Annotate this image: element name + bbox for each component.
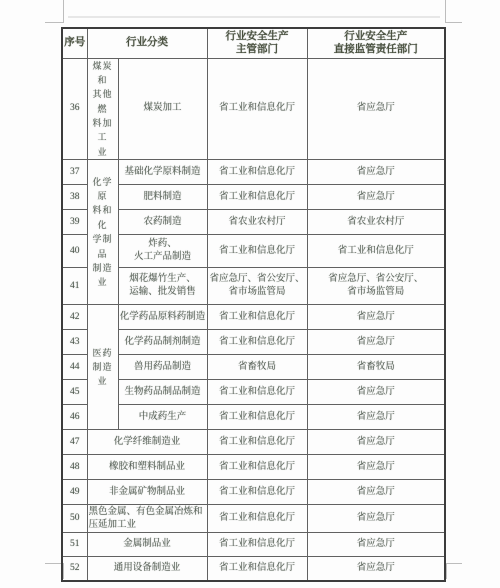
category-cell: 医药 制造业 [87,305,118,430]
industry-cell: 非金属矿物制品业 [87,480,207,505]
regulator-cell: 省应急厅、省公安厅、 省市场监管局 [307,268,445,305]
industry-cell: 兽用药品制造 [118,355,207,380]
dept-cell: 省工业和信息化厅 [207,380,307,405]
dept-cell: 省工业和信息化厅 [207,455,307,480]
table-row: 47 化学纤维制造业 省工业和信息化厅 省应急厅 [62,430,445,455]
dept-cell: 省工业和信息化厅 [207,480,307,505]
regulator-cell: 省应急厅 [307,160,445,185]
dept-cell: 省畜牧局 [207,355,307,380]
serial-cell: 44 [62,355,87,380]
serial-cell: 49 [62,480,87,505]
serial-cell: 48 [62,455,87,480]
serial-cell: 52 [62,557,87,581]
serial-cell: 37 [62,160,87,185]
crop-mark-top-right [445,0,462,23]
regulator-cell: 省应急厅 [307,58,445,160]
table-row: 42 医药 制造业 化学药品原料药制造 省工业和信息化厅 省应急厅 [62,305,445,330]
dept-cell: 省工业和信息化厅 [207,557,307,581]
table-row: 44 兽用药品制造 省畜牧局 省畜牧局 [62,355,445,380]
serial-cell: 51 [62,533,87,557]
serial-cell: 46 [62,405,87,430]
serial-cell: 50 [62,505,87,533]
regulator-cell: 省应急厅 [307,480,445,505]
dept-cell: 省工业和信息化厅 [207,235,307,268]
dept-cell: 省工业和信息化厅 [207,160,307,185]
regulator-cell: 省农业农村厅 [307,210,445,235]
table-row: 45 生物药品制品制造 省工业和信息化厅 省应急厅 [62,380,445,405]
table-row: 43 化学药品制剂制造 省工业和信息化厅 省应急厅 [62,330,445,355]
dept-cell: 省工业和信息化厅 [207,330,307,355]
crop-mark-bottom-right [446,563,462,579]
table-row: 48 橡胶和塑料制品业 省工业和信息化厅 省应急厅 [62,455,445,480]
document-page: 序号 行业分类 行业安全生产 主管部门 行业安全生产 直接监管责任部门 36 煤… [0,0,500,588]
table-row: 37 化学原 料和化 学制品 制造业 基础化学原料制造 省工业和信息化厅 省应急… [62,160,445,185]
dept-cell: 省工业和信息化厅 [207,58,307,160]
industry-cell: 肥料制造 [118,185,207,210]
category-cell: 化学原 料和化 学制品 制造业 [87,160,118,305]
regulator-cell: 省应急厅 [307,430,445,455]
industry-supervision-table: 序号 行业分类 行业安全生产 主管部门 行业安全生产 直接监管责任部门 36 煤… [61,27,446,582]
table-row: 38 肥料制造 省工业和信息化厅 省应急厅 [62,185,445,210]
dept-cell: 省应急厅、省公安厅、 省市场监管局 [207,268,307,305]
industry-cell: 金属制品业 [87,533,207,557]
serial-cell: 42 [62,305,87,330]
serial-cell: 41 [62,268,87,305]
header-industry-category: 行业分类 [87,28,207,58]
table-row: 40 炸药、 火工产品制造 省工业和信息化厅 省工业和信息化厅 [62,235,445,268]
regulator-cell: 省应急厅 [307,330,445,355]
table-row: 41 烟花爆竹生产、 运输、批发销售 省应急厅、省公安厅、 省市场监管局 省应急… [62,268,445,305]
regulator-cell: 省应急厅 [307,557,445,581]
regulator-cell: 省应急厅 [307,533,445,557]
industry-cell: 农药制造 [118,210,207,235]
serial-cell: 39 [62,210,87,235]
regulator-cell: 省应急厅 [307,305,445,330]
industry-cell: 煤炭加工 [118,58,207,160]
header-competent-dept: 行业安全生产 主管部门 [207,28,307,58]
scan-artifact-line [68,16,440,18]
industry-cell: 黑色金属、有色金属冶炼和 压延加工业 [87,505,207,533]
industry-cell: 烟花爆竹生产、 运输、批发销售 [118,268,207,305]
dept-cell: 省农业农村厅 [207,210,307,235]
dept-cell: 省工业和信息化厅 [207,185,307,210]
industry-cell: 化学纤维制造业 [87,430,207,455]
table-header-row: 序号 行业分类 行业安全生产 主管部门 行业安全生产 直接监管责任部门 [62,28,445,58]
regulator-cell: 省畜牧局 [307,355,445,380]
crop-mark-top-left [45,0,64,23]
table-row: 49 非金属矿物制品业 省工业和信息化厅 省应急厅 [62,480,445,505]
regulator-cell: 省应急厅 [307,455,445,480]
header-direct-supervision-dept: 行业安全生产 直接监管责任部门 [307,28,445,58]
category-cell: 煤炭和 其他燃 料加工 业 [87,58,118,160]
industry-cell: 化学药品原料药制造 [118,305,207,330]
regulator-cell: 省应急厅 [307,380,445,405]
serial-cell: 40 [62,235,87,268]
serial-cell: 43 [62,330,87,355]
table-row: 52 通用设备制造业 省工业和信息化厅 省应急厅 [62,557,445,581]
table-row: 46 中成药生产 省工业和信息化厅 省应急厅 [62,405,445,430]
dept-cell: 省工业和信息化厅 [207,533,307,557]
industry-cell: 化学药品制剂制造 [118,330,207,355]
industry-cell: 中成药生产 [118,405,207,430]
dept-cell: 省工业和信息化厅 [207,305,307,330]
regulator-cell: 省工业和信息化厅 [307,235,445,268]
table-row: 39 农药制造 省农业农村厅 省农业农村厅 [62,210,445,235]
industry-cell: 橡胶和塑料制品业 [87,455,207,480]
industry-cell: 炸药、 火工产品制造 [118,235,207,268]
serial-cell: 47 [62,430,87,455]
industry-cell: 基础化学原料制造 [118,160,207,185]
serial-cell: 38 [62,185,87,210]
serial-cell: 36 [62,58,87,160]
dept-cell: 省工业和信息化厅 [207,430,307,455]
regulator-cell: 省应急厅 [307,405,445,430]
industry-cell: 生物药品制品制造 [118,380,207,405]
table-row: 50 黑色金属、有色金属冶炼和 压延加工业 省工业和信息化厅 省应急厅 [62,505,445,533]
dept-cell: 省工业和信息化厅 [207,505,307,533]
table-row: 36 煤炭和 其他燃 料加工 业 煤炭加工 省工业和信息化厅 省应急厅 [62,58,445,160]
table-row: 51 金属制品业 省工业和信息化厅 省应急厅 [62,533,445,557]
industry-cell: 通用设备制造业 [87,557,207,581]
header-serial: 序号 [62,28,87,58]
regulator-cell: 省应急厅 [307,185,445,210]
dept-cell: 省工业和信息化厅 [207,405,307,430]
regulator-cell: 省应急厅 [307,505,445,533]
serial-cell: 45 [62,380,87,405]
